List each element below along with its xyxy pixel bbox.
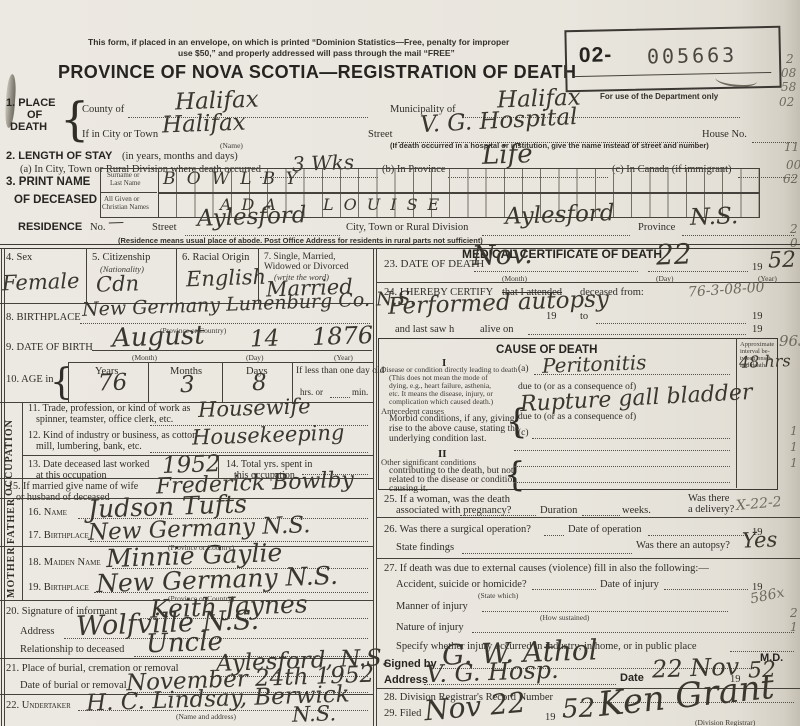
mother-maiden-label: 18. Maiden Name xyxy=(28,557,101,568)
age-box-top xyxy=(68,362,373,363)
city-town-label: If in City or Town xyxy=(82,129,158,140)
certify-to: to xyxy=(580,311,588,322)
row-divider xyxy=(376,558,800,559)
q27-manner-label: Manner of injury xyxy=(396,601,468,612)
disease-desc5: complication which caused death.) xyxy=(389,397,493,406)
signed-address-label: Address xyxy=(384,674,428,686)
q25-wasthere-label: Was there xyxy=(688,493,729,504)
death-day-value: 22 xyxy=(655,237,692,271)
dotted-line xyxy=(532,438,730,439)
q2-label: 2. LENGTH OF STAY xyxy=(6,150,112,162)
cell-divider xyxy=(86,248,87,303)
dob-year-sub: (Year) xyxy=(334,353,353,362)
street-sub-label: (If death occurred in a hospital or inst… xyxy=(390,141,709,150)
side-divider xyxy=(22,546,23,600)
age-cell-divider xyxy=(148,362,149,402)
racial-origin-value: English xyxy=(186,265,267,292)
margin-mark: 11 xyxy=(784,140,799,154)
other-conditions4: causing it. xyxy=(389,484,428,494)
relationship-value: Uncle xyxy=(145,627,223,660)
age-cell-divider xyxy=(222,362,223,402)
q1-label: 1. PLACE xyxy=(6,97,56,109)
margin-code-963: 963 xyxy=(779,332,800,350)
margin-mark: 2 xyxy=(790,606,798,620)
q11-value: Housewife xyxy=(198,394,311,422)
street-label: Street xyxy=(368,129,393,140)
sex-label: 4. Sex xyxy=(6,252,32,263)
serial-prefix: 02- xyxy=(579,43,613,68)
dotted-line xyxy=(472,632,794,633)
father-birthplace-label: 17. Birthplace xyxy=(28,530,89,541)
interval-header1: Approximate xyxy=(740,341,774,348)
margin-mark: 62 xyxy=(783,172,798,186)
q27-statewhich-sub: (State which) xyxy=(478,591,518,600)
q11-label1: 11. Trade, profession, or kind of work a… xyxy=(28,403,190,414)
dotted-line xyxy=(482,235,630,236)
filed-19: 19 xyxy=(545,712,556,723)
margin-mark: 1 xyxy=(790,620,798,634)
signed-address-value: V. G. Hosp. xyxy=(426,656,560,689)
surname-label1: Surname or xyxy=(107,171,139,179)
q27-how-sub: (How sustained) xyxy=(540,613,589,622)
dob-day-value: 14 xyxy=(250,325,280,352)
sex-value: Female xyxy=(2,269,80,296)
q27-label: 27. If death was due to external causes … xyxy=(384,563,709,574)
age-years-value: 76 xyxy=(98,369,128,396)
dotted-line xyxy=(514,450,730,451)
q2-paren: (in years, months and days) xyxy=(122,151,238,162)
antecedent-desc2: rise to the above cause, stating the xyxy=(389,424,519,434)
dept-caption: For use of the Department only xyxy=(600,92,718,101)
department-serial-box: 02- 005663 xyxy=(564,26,781,93)
q14-label1: 14. Total yrs. spent in xyxy=(226,459,312,470)
citizenship-label: 5. Citizenship xyxy=(92,252,150,263)
age-label: 10. AGE in xyxy=(6,374,54,385)
q2b-value: Life xyxy=(481,139,533,171)
q27-dateinjury-label: Date of injury xyxy=(600,579,659,590)
mother-birthplace-label: 19. Birthplace xyxy=(28,582,89,593)
mother-side-label: MOTHER xyxy=(6,552,17,598)
age-less-label: If less than one day old xyxy=(296,366,384,376)
q13-label2: at this occupation xyxy=(36,470,107,481)
dob-month-sub: (Month) xyxy=(132,353,157,362)
serial-number-stamp: 005663 xyxy=(647,43,738,69)
alive-on-label: alive on xyxy=(480,324,514,335)
antecedent-desc1: Morbid conditions, if any, giving xyxy=(389,414,515,424)
father-name-label: 16. Name xyxy=(28,507,67,518)
mail-notice-line1: This form, if placed in an envelope, on … xyxy=(88,37,509,47)
q26-autopsy-value: Yes xyxy=(742,527,778,552)
margin-tick: 1 xyxy=(790,456,798,470)
q26-autopsy-label: Was there an autopsy? xyxy=(636,540,730,551)
dotted-line xyxy=(474,271,638,272)
age-min-label: min. xyxy=(352,387,368,397)
certify-19c: 19 xyxy=(752,324,763,335)
q3-label1: 3. PRINT NAME xyxy=(6,176,90,188)
informant-address-label: Address xyxy=(20,626,54,637)
birthplace-label: 8. BIRTHPLACE xyxy=(6,312,81,323)
q25-label1: 25. If a woman, was the death xyxy=(384,494,510,505)
dotted-line xyxy=(462,553,632,554)
dotted-line xyxy=(596,323,746,324)
due-to-label2: due to (or as a consequence of) xyxy=(518,412,636,422)
dotted-line xyxy=(482,611,728,612)
side-divider xyxy=(22,498,23,546)
dotted-line xyxy=(330,397,350,398)
date-of-death-label: 23. DATE OF DEATH xyxy=(384,258,484,270)
residence-province-value: N.S. xyxy=(690,203,739,231)
death-year-value: 52 xyxy=(768,248,797,274)
interval-column-divider xyxy=(736,338,737,488)
cause-a-value: Peritonitis xyxy=(542,350,647,378)
dotted-line xyxy=(544,535,564,536)
q27-accident-label: Accident, suicide or homicide? xyxy=(396,579,527,590)
relationship-label: Relationship to deceased xyxy=(20,644,124,655)
q26-findings-label: State findings xyxy=(396,542,454,553)
county-label: County of xyxy=(82,104,124,115)
q25-duration-label: Duration xyxy=(540,505,577,516)
q1-label-death: DEATH xyxy=(10,121,47,133)
undertaker-province-value: N.S. xyxy=(292,701,337,726)
dob-month-value: August xyxy=(112,320,206,353)
dotted-line xyxy=(648,535,748,536)
q25-weeks-label: weeks. xyxy=(622,505,651,516)
q25-delivery-label: a delivery? xyxy=(688,504,734,515)
certify-19a: 19 xyxy=(546,311,557,322)
margin-mark: 00 xyxy=(786,158,800,172)
given-label2: Christian Names xyxy=(102,203,149,211)
mail-notice-line2: use $50,” and properly addressed will pa… xyxy=(178,48,455,58)
house-no-label: House No. xyxy=(702,129,747,140)
certify-19b: 19 xyxy=(752,311,763,322)
age-days-value: 8 xyxy=(252,370,268,396)
city-town-value: Halifax xyxy=(162,110,247,139)
residence-province-label: Province xyxy=(638,222,675,233)
dob-year-value: 1876 xyxy=(312,321,374,351)
q15-label1: 15. If married give name of wife xyxy=(8,481,138,492)
residence-street-label: Street xyxy=(152,222,177,233)
undertaker-label: 22. Undertaker xyxy=(6,700,71,711)
antecedent-desc3: underlying condition last. xyxy=(389,434,486,444)
brace-glyph: { xyxy=(504,455,526,495)
death-year-prefix: 19 xyxy=(752,262,763,273)
margin-mark: 2 xyxy=(790,222,798,236)
residence-no-value: — xyxy=(108,212,125,232)
margin-mark: 08 xyxy=(781,66,796,80)
dob-day-sub: (Day) xyxy=(246,353,264,362)
q26-date-label: Date of operation xyxy=(568,524,641,535)
racial-origin-label: 6. Racial Origin xyxy=(182,252,249,263)
dotted-line xyxy=(682,235,794,236)
dotted-line xyxy=(528,334,746,335)
form-title: PROVINCE OF NOVA SCOTIA—REGISTRATION OF … xyxy=(58,62,576,83)
age-box-left xyxy=(68,362,69,402)
cause-c-label: (c) xyxy=(518,428,529,438)
surname-label2: Last Name xyxy=(110,179,141,187)
margin-mark: 2 xyxy=(786,52,794,66)
q27-nature-label: Nature of injury xyxy=(396,622,464,633)
row-divider xyxy=(376,517,800,518)
residence-city-label: City, Town or Rural Division xyxy=(346,222,468,233)
q29-label: 29. Filed xyxy=(384,708,421,719)
q26-label: 26. Was there a surgical operation? xyxy=(384,524,531,535)
dotted-line xyxy=(582,515,620,516)
city-sub-label: (Name) xyxy=(220,141,243,150)
dotted-line xyxy=(532,589,596,590)
marital-label2: Widowed or Divorced xyxy=(264,262,349,272)
q3-label2: OF DECEASED xyxy=(14,194,97,206)
q13-label1: 13. Date deceased last worked xyxy=(28,459,149,470)
cause-a-label: (a) xyxy=(518,364,529,374)
margin-tick: 1 xyxy=(790,440,798,454)
brace-glyph: { xyxy=(50,362,73,403)
dob-label: 9. DATE OF BIRTH xyxy=(6,342,93,353)
residence-city-value: Aylesford xyxy=(505,200,615,230)
father-side-label: FATHER xyxy=(6,502,17,544)
dotted-line xyxy=(514,466,730,467)
q12-label2: mill, lumbering, bank, etc. xyxy=(36,441,142,452)
age-months-value: 3 xyxy=(180,372,196,398)
dotted-line xyxy=(664,589,748,590)
death-month-value: Nov. xyxy=(471,239,533,272)
q12-label1: 12. Kind of industry or business, as cot… xyxy=(28,430,201,441)
q11-label2: spinner, teamster, office clerk, etc. xyxy=(36,414,173,425)
residence-street-value: Aylesford xyxy=(197,202,307,232)
name-label-divider xyxy=(100,192,157,193)
margin-code-x22: X-22-2 xyxy=(735,494,782,514)
margin-mark: 58 xyxy=(781,80,796,94)
death-registration-form: This form, if placed in an envelope, on … xyxy=(0,0,800,726)
margin-mark: 02 xyxy=(779,95,794,109)
undertaker-sub: (Name and address) xyxy=(176,712,236,721)
surname-value: BOWLBY xyxy=(163,169,308,189)
margin-tick: 1 xyxy=(790,424,798,438)
given-label1: All Given or xyxy=(104,195,139,203)
filed-year-value: 52 xyxy=(561,693,595,724)
residence-no-label: No. xyxy=(90,222,105,233)
division-registrar-sub: (Division Registrar) xyxy=(695,718,755,726)
residence-label: RESIDENCE xyxy=(18,221,82,233)
last-saw-label: and last saw h xyxy=(395,324,454,335)
q1-label-of: OF xyxy=(27,109,42,121)
dotted-line xyxy=(514,482,730,483)
citizenship-value: Cdn xyxy=(96,271,140,296)
q12-value: Housekeeping xyxy=(192,420,345,449)
interval-value: 48 hrs xyxy=(739,351,791,372)
dotted-line xyxy=(460,515,536,516)
marital-label1: 7. Single, Married, xyxy=(264,252,336,262)
